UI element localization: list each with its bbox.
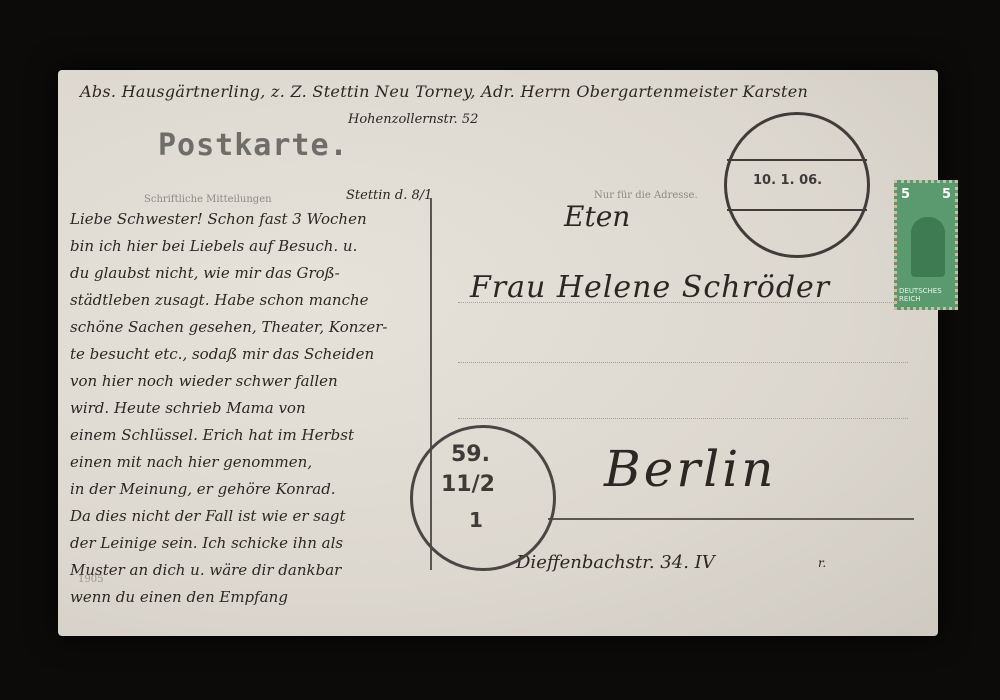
year-imprint: 1905 [78, 574, 103, 585]
message-line: städtleben zusagt. Habe schon manche [70, 291, 369, 309]
message-label: Schriftliche Mitteilungen [144, 194, 272, 205]
recipient-name: Frau Helene Schröder [470, 270, 830, 305]
recipient-street-suffix: r. [818, 556, 826, 570]
message-line: Liebe Schwester! Schon fast 3 Wochen [70, 210, 367, 228]
message-line: in der Meinung, er gehöre Konrad. [70, 480, 336, 498]
postage-stamp: 5 5 DEUTSCHES REICH [894, 180, 958, 312]
address-line-4 [548, 518, 914, 521]
message-line: wird. Heute schrieb Mama von [70, 399, 306, 417]
message-line: einen mit nach hier genommen, [70, 453, 312, 471]
message-line: te besucht etc., sodaß mir das Scheiden [70, 345, 374, 363]
stamp-country: DEUTSCHES REICH [899, 287, 955, 303]
message-line: der Leinige sein. Ich schicke ihn als [70, 534, 343, 552]
postmark-berlin: 59. 11/2 1 [410, 425, 556, 571]
stamp-value-right: 5 [942, 187, 951, 202]
postmark-mark: 1 [469, 508, 483, 532]
address-line-3 [458, 418, 908, 420]
message-line: Muster an dich u. wäre dir dankbar [70, 561, 341, 579]
stamp-value-left: 5 [901, 187, 910, 202]
message-line: einem Schlüssel. Erich hat im Herbst [70, 426, 354, 444]
message-line: schöne Sachen gesehen, Theater, Konzer- [70, 318, 387, 336]
recipient-city: Berlin [604, 440, 776, 498]
message-line: bin ich hier bei Liebels auf Besuch. u. [70, 237, 357, 255]
message-line: Da dies nicht der Fall ist wie er sagt [70, 507, 346, 525]
message-line: von hier noch wieder schwer fallen [70, 372, 338, 390]
germania-figure-icon [911, 217, 945, 277]
postcard: Abs. Hausgärtnerling, z. Z. Stettin Neu … [58, 70, 938, 636]
postmark-date: 11/2 [441, 472, 495, 497]
recipient-salutation: Eten [564, 200, 630, 233]
message-place-date: Stettin d. 8/1 [346, 188, 432, 203]
message-line: wenn du einen den Empfang [70, 588, 288, 606]
recipient-street: Dieffenbachstr. 34. IV [516, 552, 715, 573]
sender-line-1: Abs. Hausgärtnerling, z. Z. Stettin Neu … [80, 82, 808, 101]
postmark-district: 59. [451, 442, 490, 467]
postcard-title: Postkarte. [158, 128, 349, 163]
address-line-2 [458, 362, 908, 364]
message-line: du glaubst nicht, wie mir das Groß- [70, 264, 340, 282]
postmark-stettin: 10. 1. 06. [724, 112, 870, 258]
sender-line-2: Hohenzollernstr. 52 [348, 112, 478, 127]
postmark-date: 10. 1. 06. [753, 173, 822, 188]
